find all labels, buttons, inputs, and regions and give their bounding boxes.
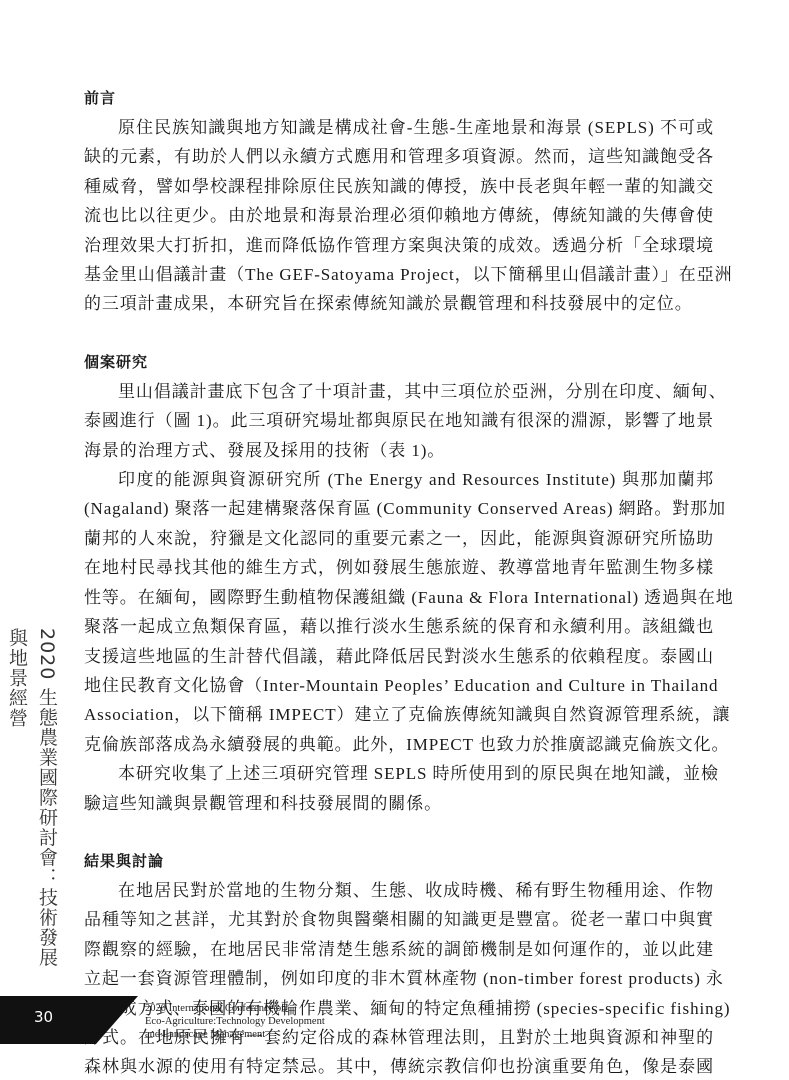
text-line: 海景的治理方式、發展及採用的技術（表 1)。 [84, 436, 714, 465]
text-line: 治理效果大打折扣，進而降低協作管理方案與決策的成效。透過分析「全球環境 [84, 231, 714, 260]
text-line: 性等。在緬甸，國際野生動植物保護組織 (Fauna & Flora Intern… [84, 583, 714, 612]
text-line: 蘭邦的人來說，狩獵是文化認同的重要元素之一，因此，能源與資源研究所協助 [84, 524, 714, 553]
footer-line: and Landscape Management [145, 1028, 325, 1041]
paragraph: 原住民族知識與地方知識是構成社會-生態-生產地景和海景 (SEPLS) 不可或 … [84, 113, 714, 319]
text-line: 本研究收集了上述三項研究管理 SEPLS 時所使用到的原民與在地知識，並檢 [84, 759, 714, 788]
section-spacer [84, 818, 714, 847]
section-spacer [84, 319, 714, 348]
text-line: 驗這些知識與景觀管理和科技發展間的關係。 [84, 789, 714, 818]
text-line: 的三項計畫成果，本研究旨在探索傳統知識於景觀管理和科技發展中的定位。 [84, 289, 714, 318]
text-line: 克倫族部落成為永續發展的典範。此外，IMPECT 也致力於推廣認識克倫族文化。 [84, 730, 714, 759]
text-line: 種威脅，譬如學校課程排除原住民族知識的傳授，族中長老與年輕一輩的知識交 [84, 172, 714, 201]
text-line: Association，以下簡稱 IMPECT）建立了克倫族傳統知識與自然資源管… [84, 700, 714, 729]
text-line: 基金里山倡議計畫（The GEF-Satoyama Project，以下簡稱里山… [84, 260, 714, 289]
paragraph: 本研究收集了上述三項研究管理 SEPLS 時所使用到的原民與在地知識，並檢 驗這… [84, 759, 714, 818]
text-line: 印度的能源與資源研究所 (The Energy and Resources In… [84, 465, 714, 494]
text-line: 森林與水源的使用有特定禁忌。其中，傳統宗教信仰也扮演重要角色，像是泰國 [84, 1052, 714, 1080]
footer-tab-shape [0, 996, 138, 1044]
text-line: 泰國進行（圖 1)。此三項研究場址都與原民在地知識有很深的淵源，影響了地景 [84, 406, 714, 435]
side-running-title: 2020 生態農業國際研討會：技術發展與地景經營 [32, 628, 62, 978]
section-heading-results-discussion: 結果與討論 [84, 847, 714, 876]
text-line: 地住民教育文化協會（Inter-Mountain Peoples’ Educat… [84, 671, 714, 700]
text-line: 立起一套資源管理體制，例如印度的非木質林產物 (non-timber fores… [84, 964, 714, 993]
text-line: 支援這些地區的生計替代倡議，藉此降低居民對淡水生態系的依賴程度。泰國山 [84, 642, 714, 671]
text-line: 在地村民尋找其他的維生方式，例如發展生態旅遊、教導當地青年監測生物多樣 [84, 553, 714, 582]
paragraph: 印度的能源與資源研究所 (The Energy and Resources In… [84, 465, 714, 759]
paragraph: 里山倡議計畫底下包含了十項計畫，其中三項位於亞洲，分別在印度、緬甸、 泰國進行（… [84, 377, 714, 465]
text-line: 原住民族知識與地方知識是構成社會-生態-生產地景和海景 (SEPLS) 不可或 [84, 113, 714, 142]
page-number-tab [0, 996, 138, 1044]
section-heading-case-study: 個案研究 [84, 348, 714, 377]
text-line: 流也比以往更少。由於地景和海景治理必須仰賴地方傳統，傳統知識的失傳會使 [84, 201, 714, 230]
section-heading-preface: 前言 [84, 84, 714, 113]
text-line: 聚落一起成立魚類保育區，藉以推行淡水生態系統的保育和永續利用。該組織也 [84, 612, 714, 641]
footer-conference-title: 2020 International Conference on Eco-Agr… [145, 1002, 325, 1041]
text-line: 品種等知之甚詳，尤其對於食物與醫藥相關的知識更是豐富。從老一輩口中與實 [84, 905, 714, 934]
text-line: (Nagaland) 聚落一起建構聚落保育區 (Community Conser… [84, 494, 714, 523]
text-line: 里山倡議計畫底下包含了十項計畫，其中三項位於亞洲，分別在印度、緬甸、 [84, 377, 714, 406]
document-body: 前言 原住民族知識與地方知識是構成社會-生態-生產地景和海景 (SEPLS) 不… [84, 84, 714, 1080]
page-number: 30 [34, 1008, 53, 1026]
footer-line: Eco-Agriculture:Technology Development [145, 1015, 325, 1028]
paragraph: 在地居民對於當地的生物分類、生態、收成時機、稀有野生物種用途、作物 品種等知之甚… [84, 876, 714, 1080]
footer-line: 2020 International Conference on [145, 1002, 325, 1015]
text-line: 在地居民對於當地的生物分類、生態、收成時機、稀有野生物種用途、作物 [84, 876, 714, 905]
text-line: 際觀察的經驗，在地居民非常清楚生態系統的調節機制是如何運作的，並以此建 [84, 935, 714, 964]
text-line: 缺的元素，有助於人們以永續方式應用和管理多項資源。然而，這些知識飽受各 [84, 142, 714, 171]
